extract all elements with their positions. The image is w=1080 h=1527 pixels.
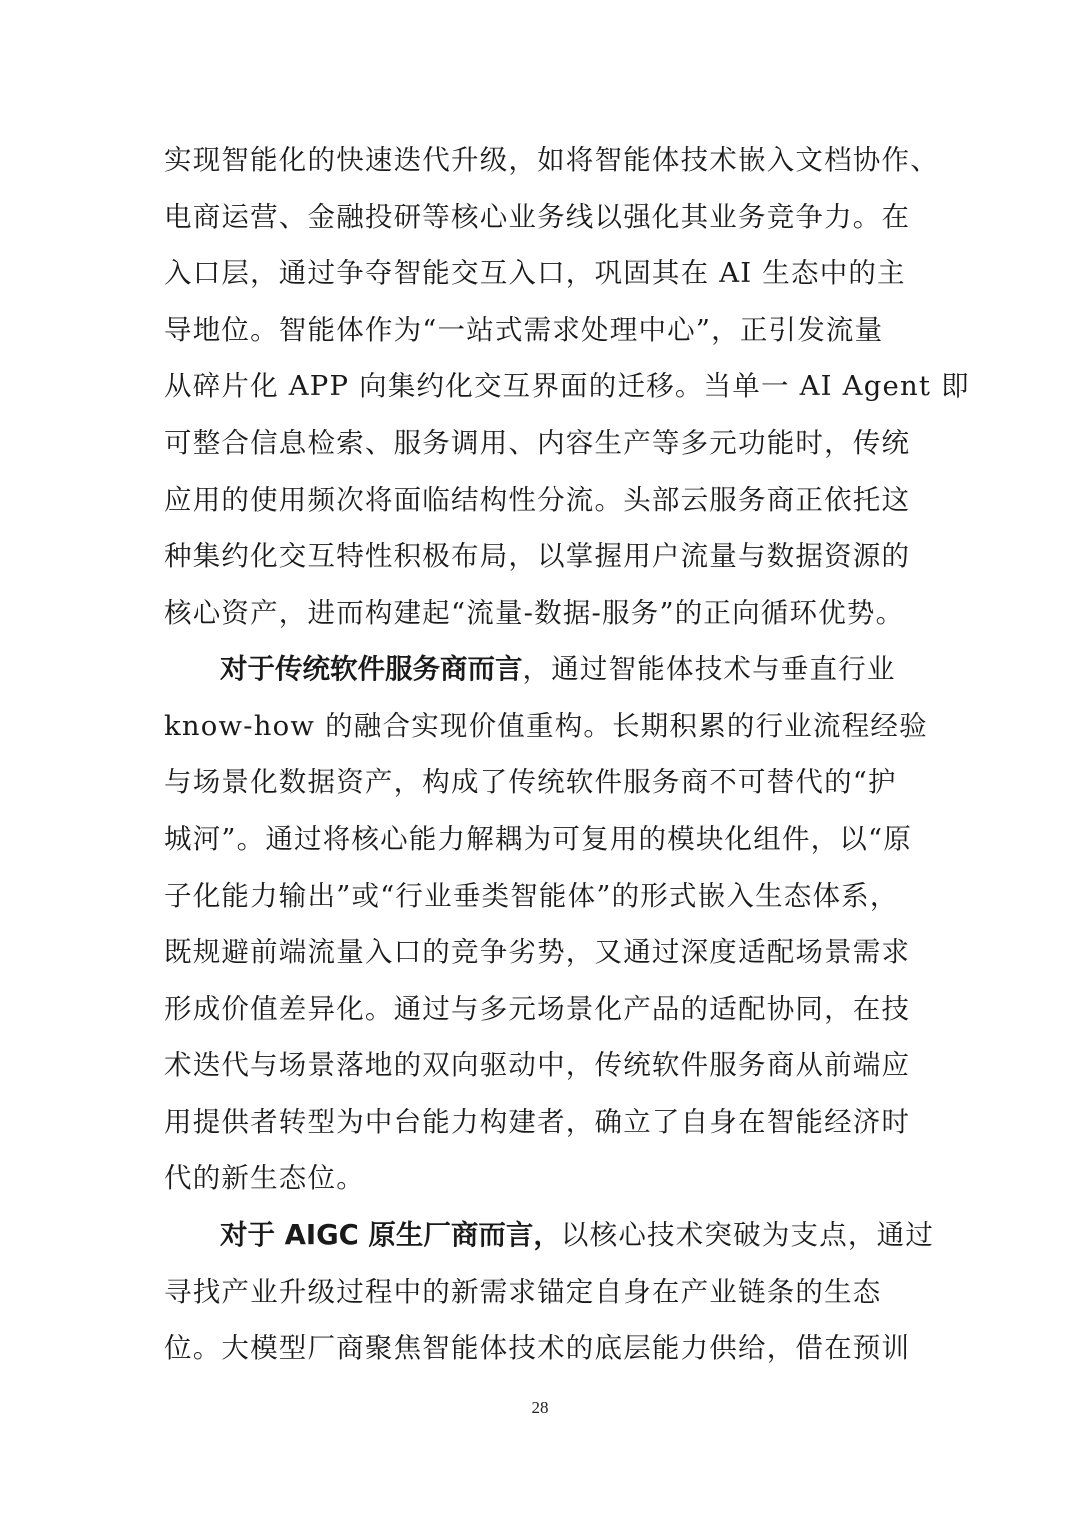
paragraph-3-line-1: 对于 AIGC 原生厂商而言，以核心技术突破为支点，通过 [220,1215,920,1255]
paragraph-2-line-4: 城河”。通过将核心能力解耦为可复用的模块化组件，以“原 [164,819,924,859]
paragraph-1-line-2: 电商运营、金融投研等核心业务线以强化其业务竞争力。在 [164,197,924,237]
paragraph-1-line-3: 入口层，通过争夺智能交互入口，巩固其在 AI 生态中的主 [164,253,924,293]
paragraph-3-first-line-rest: 以核心技术突破为支点，通过 [561,1219,934,1251]
paragraph-2-line-8: 术迭代与场景落地的双向驱动中，传统软件服务商从前端应 [164,1045,924,1085]
paragraph-1-line-7: 应用的使用频次将面临结构性分流。头部云服务商正依托这 [164,480,924,520]
paragraph-2-line-10: 代的新生态位。 [164,1158,924,1198]
paragraph-2-line-9: 用提供者转型为中台能力构建者，确立了自身在智能经济时 [164,1102,924,1142]
page-number: 28 [0,1398,1080,1418]
paragraph-1-line-8: 种集约化交互特性积极布局，以掌握用户流量与数据资源的 [164,536,924,576]
paragraph-2-line-2: know-how 的融合实现价值重构。长期积累的行业流程经验 [164,706,924,746]
paragraph-2-line-6: 既规避前端流量入口的竞争劣势，又通过深度适配场景需求 [164,932,924,972]
paragraph-3-line-3: 位。大模型厂商聚焦智能体技术的底层能力供给，借在预训 [164,1328,924,1368]
document-page: 实现智能化的快速迭代升级，如将智能体技术嵌入文档协作、 电商运营、金融投研等核心… [0,0,1080,1527]
paragraph-2-line-3: 与场景化数据资产，构成了传统软件服务商不可替代的“护 [164,762,924,802]
paragraph-3-bold-lead: 对于 AIGC 原生厂商而言， [220,1219,561,1251]
paragraph-1-line-9: 核心资产，进而构建起“流量-数据-服务”的正向循环优势。 [164,593,924,633]
paragraph-1-line-5: 从碎片化 APP 向集约化交互界面的迁移。当单一 AI Agent 即 [164,366,924,406]
paragraph-2-bold-lead: 对于传统软件服务商而言 [220,653,523,685]
paragraph-1-line-6: 可整合信息检索、服务调用、内容生产等多元功能时，传统 [164,423,924,463]
paragraph-2-line-5: 子化能力输出”或“行业垂类智能体”的形式嵌入生态体系， [164,876,924,916]
paragraph-3-line-2: 寻找产业升级过程中的新需求锚定自身在产业链条的生态 [164,1272,924,1312]
paragraph-2-first-line-rest: ，通过智能体技术与垂直行业 [523,653,896,685]
paragraph-1-line-4: 导地位。智能体作为“一站式需求处理中心”，正引发流量 [164,310,924,350]
paragraph-2-line-1: 对于传统软件服务商而言，通过智能体技术与垂直行业 [220,649,920,689]
paragraph-2-line-7: 形成价值差异化。通过与多元场景化产品的适配协同，在技 [164,989,924,1029]
paragraph-1-line-1: 实现智能化的快速迭代升级，如将智能体技术嵌入文档协作、 [164,140,924,180]
